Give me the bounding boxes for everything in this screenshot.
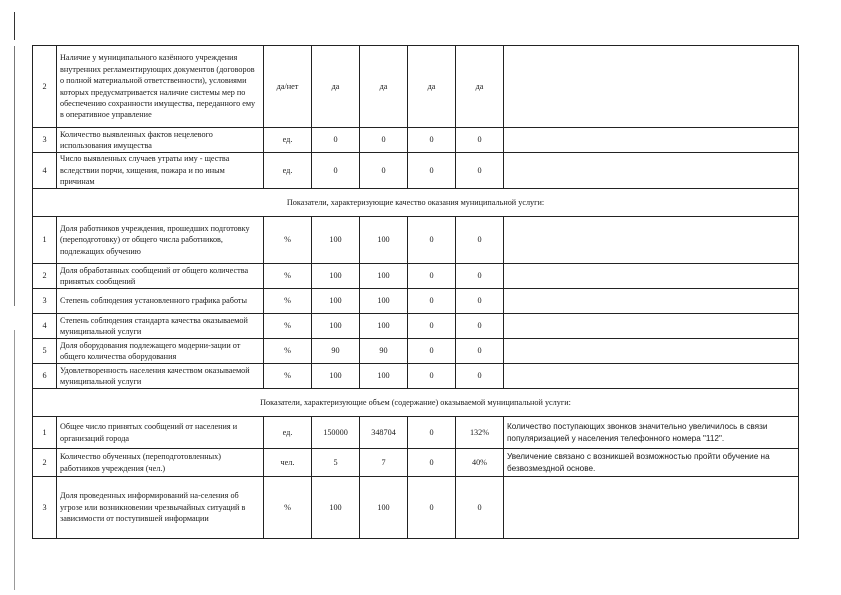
section-volume-title: Показатели, характеризующие объем (содер…	[33, 389, 799, 417]
explanation-note	[504, 217, 799, 264]
deviation-percent: 0	[456, 339, 504, 364]
table-row: 1Общее число принятых сообщений от насел…	[33, 417, 799, 449]
indicator-name: Число выявленных случаев утраты иму - ще…	[57, 153, 264, 189]
deviation-value: 0	[408, 128, 456, 153]
unit-cell: %	[264, 477, 312, 539]
indicator-name: Доля работников учреждения, прошедших по…	[57, 217, 264, 264]
planned-value: 100	[312, 264, 360, 289]
table-row: 4Степень соблюдения стандарта качества о…	[33, 314, 799, 339]
deviation-value: 0	[408, 364, 456, 389]
unit-cell: %	[264, 339, 312, 364]
row-number: 2	[33, 264, 57, 289]
indicator-name: Доля обработанных сообщений от общего ко…	[57, 264, 264, 289]
unit-cell: %	[264, 364, 312, 389]
planned-value: 90	[312, 339, 360, 364]
actual-value: 100	[360, 264, 408, 289]
actual-value: 90	[360, 339, 408, 364]
deviation-percent: 0	[456, 264, 504, 289]
table-row: 2Наличие у муниципального казённого учре…	[33, 46, 799, 128]
deviation-value: 0	[408, 264, 456, 289]
actual-value: 7	[360, 449, 408, 477]
explanation-note	[504, 46, 799, 128]
indicator-name: Доля оборудования подлежащего модерни-за…	[57, 339, 264, 364]
deviation-percent: 0	[456, 217, 504, 264]
explanation-note	[504, 314, 799, 339]
scan-margin-mark	[14, 46, 15, 306]
indicator-name: Доля проведенных информирований на-селен…	[57, 477, 264, 539]
section-header-row: Показатели, характеризующие объем (содер…	[33, 389, 799, 417]
planned-value: 100	[312, 289, 360, 314]
row-number: 2	[33, 449, 57, 477]
deviation-percent: 0	[456, 477, 504, 539]
actual-value: 100	[360, 364, 408, 389]
actual-value: 100	[360, 314, 408, 339]
actual-value: 100	[360, 217, 408, 264]
unit-cell: %	[264, 314, 312, 339]
unit-cell: ед.	[264, 417, 312, 449]
unit-cell: %	[264, 217, 312, 264]
explanation-note	[504, 289, 799, 314]
deviation-percent: да	[456, 46, 504, 128]
indicators-table: 2Наличие у муниципального казённого учре…	[32, 45, 799, 539]
explanation-note: Количество поступающих звонков значитель…	[504, 417, 799, 449]
row-number: 3	[33, 477, 57, 539]
section-header-row: Показатели, характеризующие качество ока…	[33, 189, 799, 217]
deviation-percent: 0	[456, 153, 504, 189]
indicator-name: Наличие у муниципального казённого учреж…	[57, 46, 264, 128]
deviation-value: 0	[408, 449, 456, 477]
deviation-percent: 40%	[456, 449, 504, 477]
indicator-name: Удовлетворенность населения качеством ок…	[57, 364, 264, 389]
row-number: 3	[33, 289, 57, 314]
deviation-value: 0	[408, 477, 456, 539]
indicator-name: Степень соблюдения установленного график…	[57, 289, 264, 314]
explanation-note	[504, 153, 799, 189]
section-quality-title: Показатели, характеризующие качество ока…	[33, 189, 799, 217]
unit-cell: да/нет	[264, 46, 312, 128]
actual-value: да	[360, 46, 408, 128]
row-number: 4	[33, 314, 57, 339]
table-row: 3Количество выявленных фактов нецелевого…	[33, 128, 799, 153]
planned-value: 5	[312, 449, 360, 477]
planned-value: 100	[312, 477, 360, 539]
row-number: 4	[33, 153, 57, 189]
unit-cell: ед.	[264, 153, 312, 189]
deviation-value: 0	[408, 153, 456, 189]
unit-cell: чел.	[264, 449, 312, 477]
deviation-percent: 0	[456, 289, 504, 314]
indicator-name: Степень соблюдения стандарта качества ок…	[57, 314, 264, 339]
indicator-name: Количество выявленных фактов нецелевого …	[57, 128, 264, 153]
planned-value: 0	[312, 153, 360, 189]
explanation-note	[504, 128, 799, 153]
actual-value: 0	[360, 153, 408, 189]
table-row: 1Доля работников учреждения, прошедших п…	[33, 217, 799, 264]
table-row: 5Доля оборудования подлежащего модерни-з…	[33, 339, 799, 364]
planned-value: 100	[312, 217, 360, 264]
table-row: 2Количество обученных (переподготовленны…	[33, 449, 799, 477]
deviation-value: 0	[408, 217, 456, 264]
actual-value: 100	[360, 289, 408, 314]
unit-cell: %	[264, 264, 312, 289]
indicators-table-body: 2Наличие у муниципального казённого учре…	[33, 46, 799, 539]
row-number: 5	[33, 339, 57, 364]
planned-value: 100	[312, 314, 360, 339]
table-row: 4Число выявленных случаев утраты иму - щ…	[33, 153, 799, 189]
explanation-note	[504, 477, 799, 539]
actual-value: 0	[360, 128, 408, 153]
deviation-percent: 0	[456, 314, 504, 339]
table-row: 2Доля обработанных сообщений от общего к…	[33, 264, 799, 289]
row-number: 1	[33, 417, 57, 449]
scan-margin-mark	[14, 12, 15, 40]
scan-margin-mark	[14, 330, 15, 590]
explanation-note	[504, 264, 799, 289]
deviation-value: 0	[408, 314, 456, 339]
explanation-note: Увеличение связано с возникшей возможнос…	[504, 449, 799, 477]
deviation-value: 0	[408, 417, 456, 449]
deviation-percent: 0	[456, 364, 504, 389]
row-number: 2	[33, 46, 57, 128]
unit-cell: %	[264, 289, 312, 314]
row-number: 1	[33, 217, 57, 264]
table-row: 3Степень соблюдения установленного графи…	[33, 289, 799, 314]
deviation-value: да	[408, 46, 456, 128]
indicator-name: Общее число принятых сообщений от населе…	[57, 417, 264, 449]
deviation-percent: 132%	[456, 417, 504, 449]
indicator-name: Количество обученных (переподготовленных…	[57, 449, 264, 477]
row-number: 3	[33, 128, 57, 153]
planned-value: 0	[312, 128, 360, 153]
table-row: 3Доля проведенных информирований на-селе…	[33, 477, 799, 539]
planned-value: 100	[312, 364, 360, 389]
deviation-value: 0	[408, 289, 456, 314]
explanation-note	[504, 339, 799, 364]
deviation-percent: 0	[456, 128, 504, 153]
deviation-value: 0	[408, 339, 456, 364]
explanation-note	[504, 364, 799, 389]
actual-value: 348704	[360, 417, 408, 449]
planned-value: да	[312, 46, 360, 128]
unit-cell: ед.	[264, 128, 312, 153]
actual-value: 100	[360, 477, 408, 539]
planned-value: 150000	[312, 417, 360, 449]
table-row: 6Удовлетворенность населения качеством о…	[33, 364, 799, 389]
row-number: 6	[33, 364, 57, 389]
